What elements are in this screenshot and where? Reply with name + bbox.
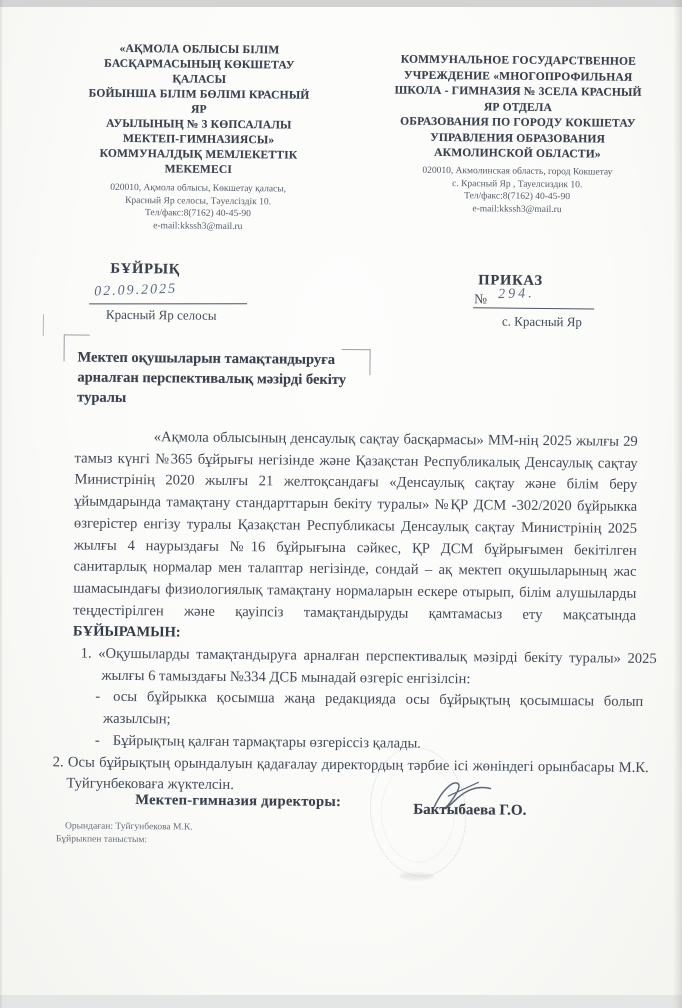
list-item-1: 1. «Оқушыларды тамақтандыруға арналған п… xyxy=(80,644,656,693)
list-subitem-1-marker: - xyxy=(95,689,113,705)
page-content: «АҚМОЛА ОБЛЫСЫ БІЛІМ БАСҚАРМАСЫНЫҢ КӨКШЕ… xyxy=(0,0,682,1008)
order-place-russian: с. Красный Яр xyxy=(502,314,582,331)
handwritten-date: 02.09.2025 xyxy=(94,282,177,301)
resolve-keyword: БҰЙЫРАМЫН: xyxy=(73,624,181,641)
margin-tick-mark xyxy=(43,314,44,336)
scan-edge-left xyxy=(0,0,3,1008)
list-subitem-2-text: Бұйрықтың қалған тармақтары өзгеріссіз қ… xyxy=(113,733,421,752)
scan-edge-bottom xyxy=(0,995,682,1008)
order-place-kazakh: Красный Яр селосы xyxy=(106,307,217,324)
list-subitem-1: -осы бұйрыкка қосымша жаңа редакцияда ос… xyxy=(95,687,643,736)
director-name: Бактыбаева Г.О. xyxy=(413,802,526,820)
org-address-russian: 020010, Акмолинская область, город Кокше… xyxy=(364,164,670,217)
scan-edge-top xyxy=(0,0,682,7)
number-underline xyxy=(473,307,594,309)
list-item-2-text: Осы бұйрықтың орындалуын қадағалау дирек… xyxy=(66,754,648,793)
list-subitem-1-text: осы бұйрыкка қосымша жаңа редакцияда осы… xyxy=(103,689,643,727)
list-item-2-number: 2. xyxy=(53,754,64,770)
order-number-label: № xyxy=(474,291,487,307)
org-name-kazakh: «АҚМОЛА ОБЛЫСЫ БІЛІМ БАСҚАРМАСЫНЫҢ КӨКШЕ… xyxy=(50,41,347,179)
list-item-1-text: «Оқушыларды тамақтандыруға арналған перс… xyxy=(98,646,657,687)
acquainted-note: Бұйрыкпен таныстым: xyxy=(56,834,147,845)
order-body: «Ақмола облысының денсаулық сақтау басқа… xyxy=(52,426,638,801)
scan-smudge xyxy=(400,873,434,880)
list-item-1-number: 1. xyxy=(81,646,92,662)
executor-note: Орындаған: Туйгунбекова М.К. xyxy=(65,821,193,832)
org-name-russian: КОММУНАЛЬНОЕ ГОСУДАРСТВЕННОЕ УЧРЕЖДЕНИЕ … xyxy=(364,52,671,163)
order-heading-kazakh: БҰЙРЫҚ xyxy=(110,261,180,279)
list-subitem-2-marker: - xyxy=(95,733,113,749)
body-paragraph: «Ақмола облысының денсаулық сақтау басқа… xyxy=(73,426,638,648)
date-underline xyxy=(89,303,247,304)
body-paragraph-text: «Ақмола облысының денсаулық сақтау басқа… xyxy=(73,429,638,623)
scanned-order-document: «АҚМОЛА ОБЛЫСЫ БІЛІМ БАСҚАРМАСЫНЫҢ КӨКШЕ… xyxy=(0,0,682,1008)
order-subject-title: Мектеп оқушыларын тамақтандыруға арналға… xyxy=(77,347,398,410)
handwritten-order-number: 294. xyxy=(498,286,535,303)
org-address-kazakh: 020010, Ақмола облысы, Көкшетау қаласы, … xyxy=(50,181,346,234)
scan-edge-right xyxy=(673,0,682,1008)
director-role-label: Мектеп-гимназия директоры: xyxy=(135,792,341,811)
